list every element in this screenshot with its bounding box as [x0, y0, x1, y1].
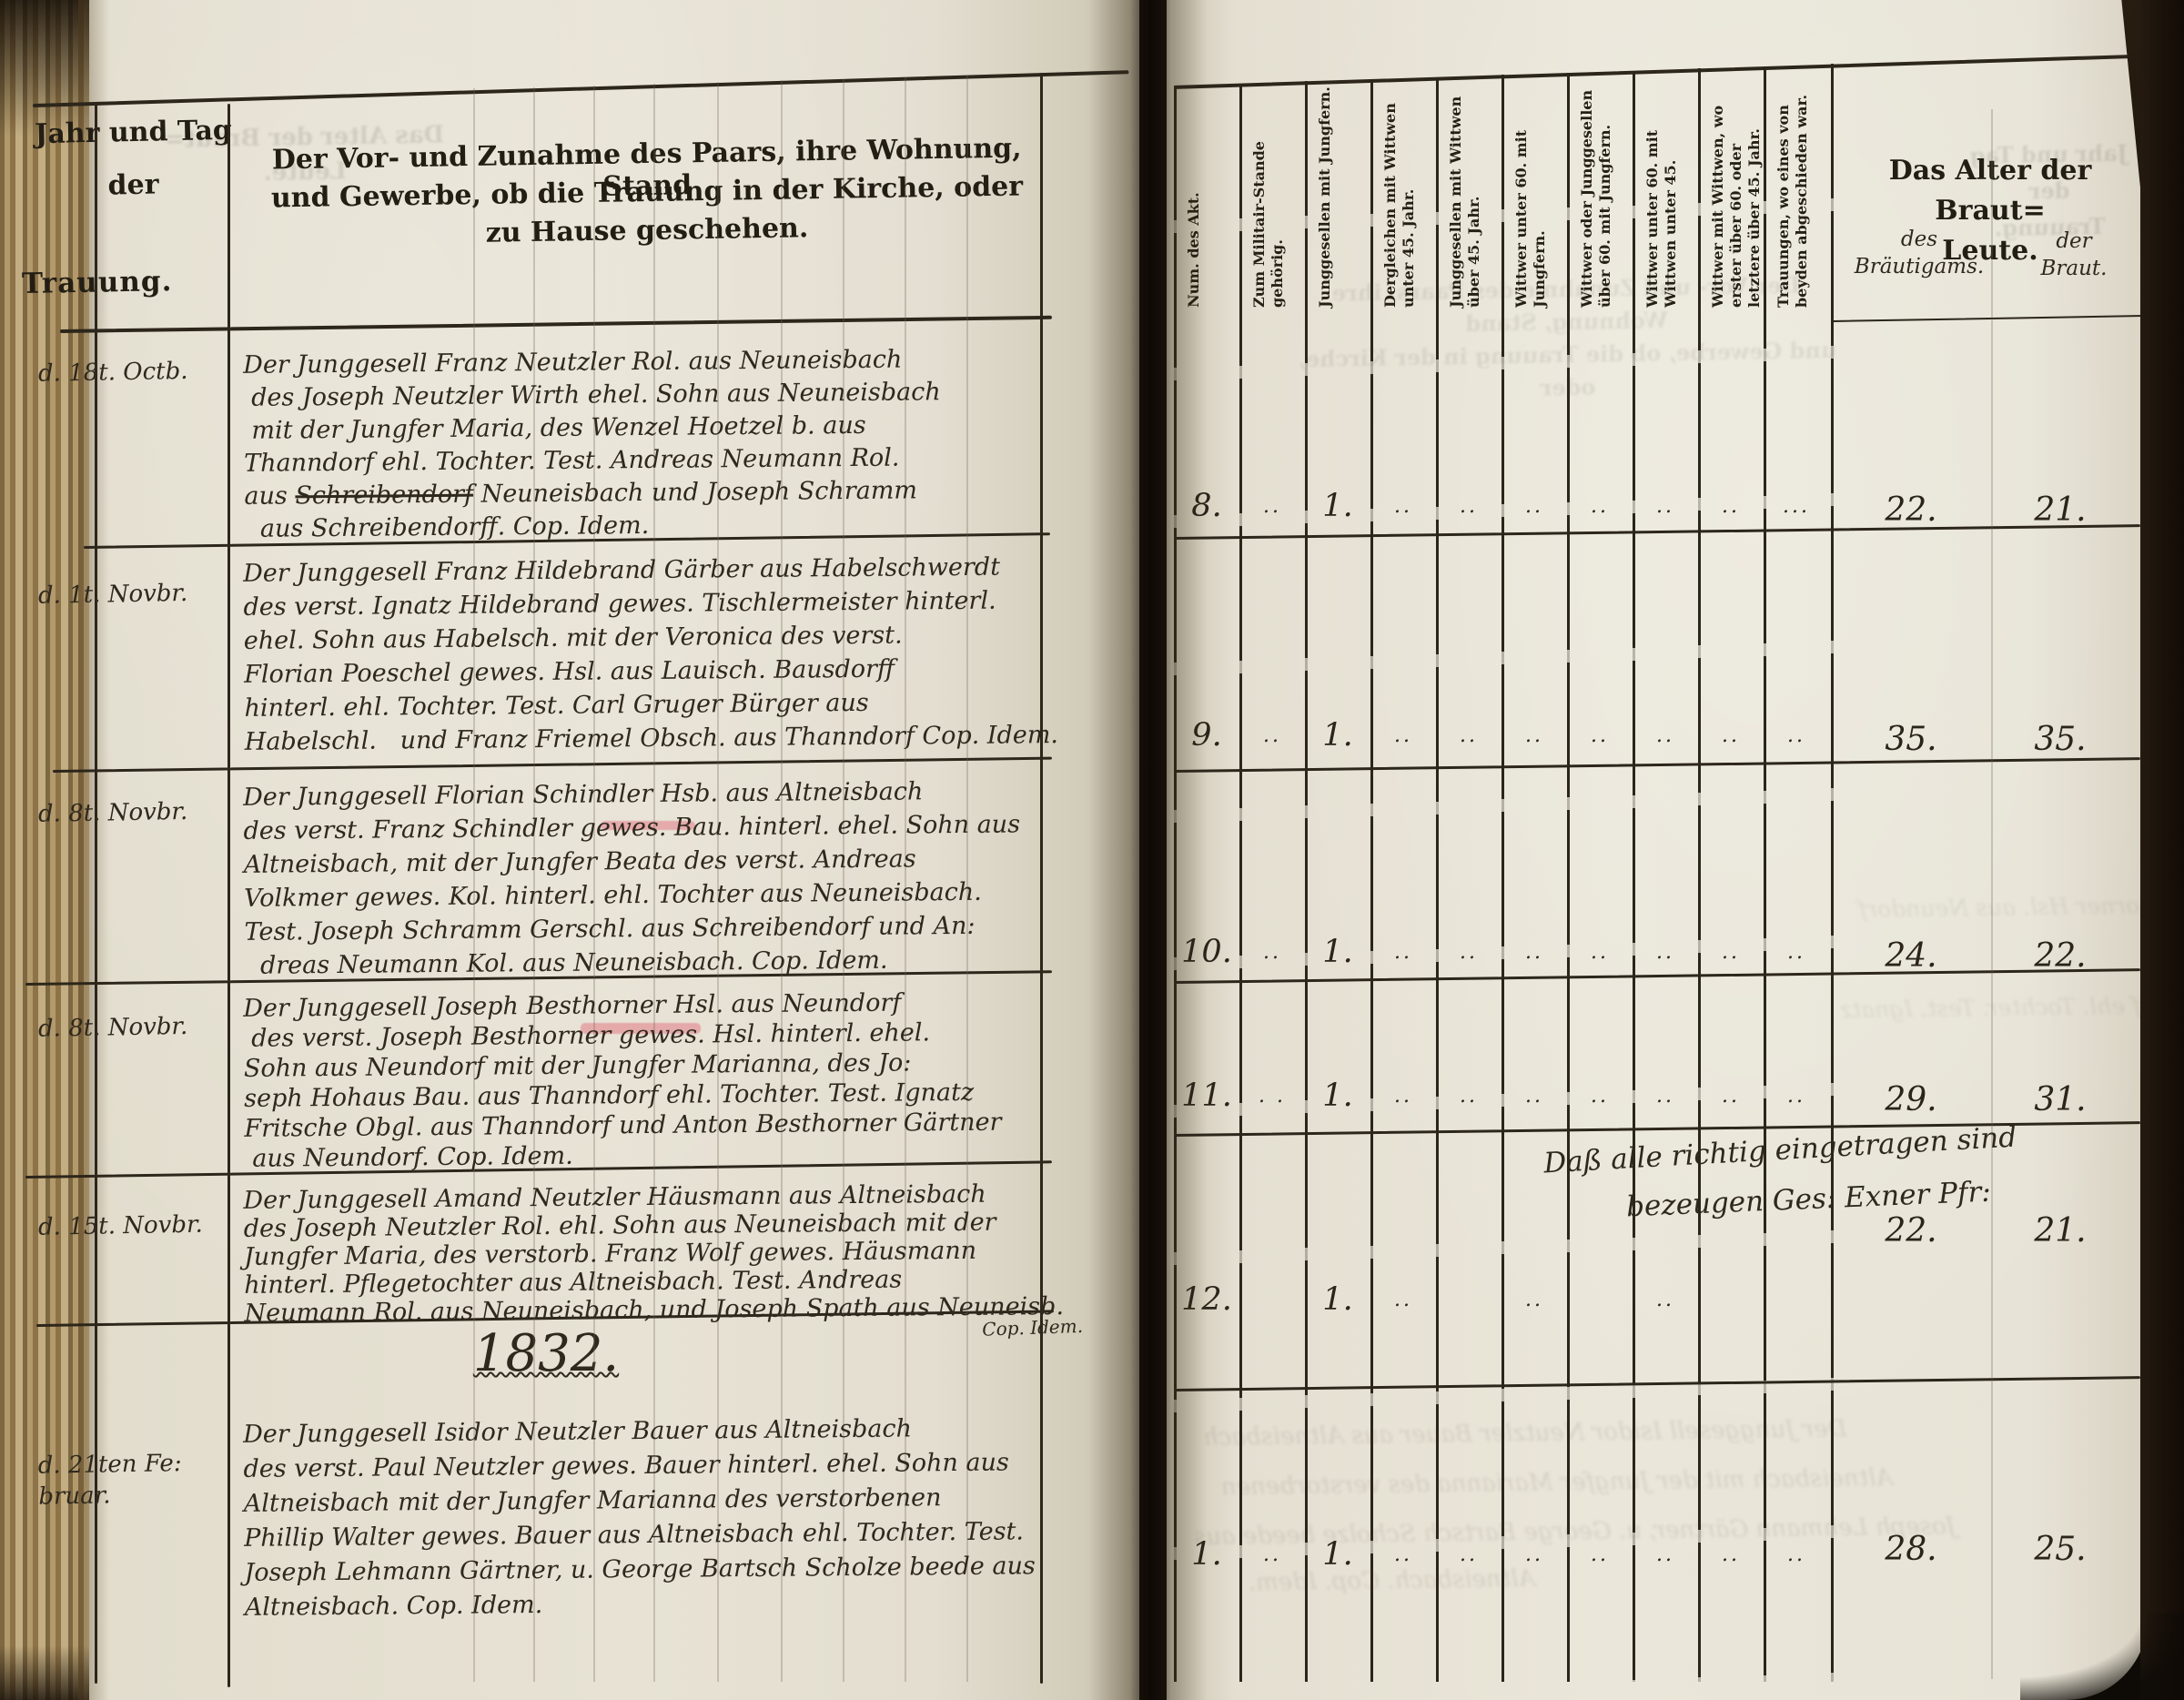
dot-mark: .. — [1241, 1543, 1303, 1566]
rule-line — [1174, 1376, 2140, 1391]
entry-text: Der Junggesell Joseph Besthorner Hsl. au… — [243, 987, 1050, 1174]
bride-age: 31. — [2006, 1081, 2115, 1118]
dot-mark: .. — [1634, 1085, 1696, 1108]
groom-age: 22. — [1856, 1212, 1966, 1250]
entry-text-line: des verst. Franz Schindler gewes. Bau. h… — [243, 807, 1048, 848]
dot-mark: .. — [1372, 1289, 1434, 1311]
dot-mark: .. — [1438, 1543, 1500, 1566]
entry-text-line: dreas Neumann Kol. aus Neuneisbach. Cop.… — [245, 942, 1050, 983]
dot-mark: .. — [1700, 724, 1762, 747]
entry-text: Der Junggesell Amand Neutzler Häusmann a… — [243, 1179, 1049, 1328]
rule-line — [33, 70, 1129, 107]
rule-line — [1698, 68, 1701, 1682]
dot-mark: .. — [1569, 495, 1631, 518]
bride-age: 25. — [2006, 1531, 2115, 1568]
dot-mark: .. — [1241, 495, 1303, 518]
entry-date: d. 15t. Novbr. — [38, 1209, 226, 1243]
entry-text-segment: Neuneisbach und Joseph Schramm — [473, 476, 917, 508]
dot-mark: .. — [1569, 724, 1631, 747]
corner-shadow — [2020, 1613, 2184, 1700]
column-header-7: Wittwer oder Junggesellen über 60. mit J… — [1578, 85, 1614, 308]
entry-text-line: Habelschl. und Franz Friemel Obsch. aus … — [245, 718, 1050, 759]
cop-idem-note: Cop. Idem. — [919, 1315, 1084, 1342]
dot-mark: ... — [1765, 495, 1827, 518]
dot-mark: .. — [1700, 495, 1762, 518]
dot-mark: .. — [1634, 1289, 1696, 1311]
left-page-table: d. 18t. Octb.Der Junggesell Franz Neutzl… — [0, 0, 1139, 1700]
bride-age: 22. — [2006, 937, 2115, 975]
dot-mark: .. — [1503, 1085, 1565, 1108]
right-page: Jahr und Tag der Trauung. Der Vor- und Z… — [1167, 0, 2148, 1700]
rule-line — [1567, 73, 1570, 1682]
dot-mark: .. — [1503, 724, 1565, 747]
rule-line — [1174, 757, 2140, 773]
bleed-line — [1991, 109, 1993, 1679]
stat-number: 1. — [1307, 488, 1369, 524]
rule-line — [1370, 79, 1373, 1682]
entry-text-line: Test. Joseph Schramm Gerschl. aus Schrei… — [244, 908, 1049, 949]
left-page: Das Alter der Braut= Leute. Jahr und Tag… — [0, 0, 1139, 1700]
bride-age: 21. — [2006, 491, 2115, 529]
stat-number: 1. — [1307, 1281, 1369, 1318]
dot-mark: .. — [1634, 724, 1696, 747]
column-header-8: Wittwer unter 60. mit Wittwen unter 45. — [1643, 85, 1680, 308]
groom-age: 28. — [1856, 1531, 1966, 1568]
dot-mark: .. — [1700, 1085, 1762, 1108]
dot-mark: .. — [1569, 941, 1631, 964]
rule-line — [1501, 75, 1504, 1682]
dot-mark: .. — [1503, 1543, 1565, 1566]
entry-text-line: des verst. Ignatz Hildebrand gewes. Tisc… — [243, 583, 1048, 624]
rule-line — [1764, 66, 1766, 1682]
column-header-4: Dergleichen mit Wittwen unter 45. Jahr. — [1381, 85, 1418, 308]
column-header-3: Junggesellen mit Jungfern. — [1316, 85, 1334, 308]
dot-mark: .. — [1569, 1085, 1631, 1108]
entry-text: Der Junggesell Florian Schindler Hsb. au… — [243, 774, 1050, 983]
book-spread: Das Alter der Braut= Leute. Jahr und Tag… — [0, 0, 2184, 1700]
rule-line — [1436, 77, 1439, 1682]
dot-mark: .. — [1241, 941, 1303, 964]
groom-age: 24. — [1856, 937, 1966, 975]
column-header-10: Trauungen, wo eines von beyden abgeschie… — [1774, 85, 1811, 308]
dot-mark: .. — [1438, 724, 1500, 747]
dot-mark: .. — [1503, 1289, 1565, 1311]
gutter-shadow — [1088, 0, 1207, 1700]
entry-text: Der Junggesell Franz Hildebrand Gärber a… — [243, 550, 1050, 759]
dot-mark: .. — [1765, 1085, 1827, 1108]
dot-mark: .. — [1700, 1543, 1762, 1566]
rule-line — [1174, 524, 2140, 540]
dot-mark: .. — [1765, 1543, 1827, 1566]
dot-mark: .. — [1241, 724, 1303, 747]
entry-date: d. 18t. Octb. — [38, 355, 226, 390]
dot-mark: .. — [1372, 1543, 1434, 1566]
book-cover-edge — [2140, 0, 2184, 1700]
rule-line — [1833, 315, 2144, 322]
rule-line — [95, 104, 97, 1684]
dot-mark: .. — [1503, 941, 1565, 964]
stat-number: 1. — [1307, 1078, 1369, 1114]
entry-date: d. 1t. Novbr. — [38, 577, 226, 612]
entry-text-segment: aus — [244, 481, 295, 510]
dot-mark: .. — [1569, 1543, 1631, 1566]
column-header-5: Junggesellen mit Wittwen über 45. Jahr. — [1447, 85, 1483, 308]
rule-line — [1305, 81, 1308, 1682]
rule-line — [1831, 64, 1834, 1682]
entry-text-line: des Joseph Neutzler Wirth ehel. Sohn aus… — [243, 375, 1048, 415]
rule-line — [1174, 968, 2140, 984]
dot-mark: .. — [1372, 495, 1434, 518]
dot-mark: .. — [1634, 1543, 1696, 1566]
entry-text-line: aus Schreibendorff. Cop. Idem. — [245, 506, 1050, 546]
rule-line — [1633, 71, 1635, 1682]
rule-line — [60, 316, 1052, 333]
entry-text-line: Altneisbach. Cop. Idem. — [245, 1584, 1050, 1625]
dot-mark: .. — [1700, 941, 1762, 964]
dot-mark: .. — [1634, 941, 1696, 964]
rule-line — [1239, 84, 1242, 1682]
dot-mark: .. — [1765, 941, 1827, 964]
dot-mark: .. — [1438, 495, 1500, 518]
column-header-6: Wittwer unter 60. mit Jungfern. — [1512, 85, 1549, 308]
entry-text-line: Joseph Lehmann Gärtner, u. George Bartsc… — [244, 1549, 1049, 1591]
dot-mark: .. — [1372, 1085, 1434, 1108]
dot-mark: .. — [1503, 495, 1565, 518]
rule-line — [53, 757, 1052, 773]
dot-mark: .. — [1634, 495, 1696, 518]
dot-mark: .. — [1438, 941, 1500, 964]
dot-mark: .. — [1765, 724, 1827, 747]
groom-age: 35. — [1856, 721, 1966, 758]
dot-mark: .. — [1372, 941, 1434, 964]
bride-age: 21. — [2006, 1212, 2115, 1250]
groom-age: 29. — [1856, 1081, 1966, 1118]
entry-date: d. 21ten Fe: bruar. — [37, 1447, 225, 1513]
entry-date: d. 8t. Novbr. — [38, 1010, 226, 1045]
stat-number: 1. — [1307, 717, 1369, 754]
rule-line — [227, 104, 230, 1687]
dot-mark: .. — [1372, 724, 1434, 747]
dot-mark: . . — [1241, 1085, 1303, 1108]
column-header-2: Zum Militair-Stande gehörig. — [1250, 85, 1287, 308]
entry-text: Der Junggesell Franz Neutzler Rol. aus N… — [243, 342, 1050, 546]
column-header-9: Wittwer mit Wittwen, wo erster über 60. … — [1709, 85, 1764, 308]
entry-date: d. 8t. Novbr. — [38, 795, 226, 830]
groom-age: 22. — [1856, 491, 1966, 529]
stat-number: 1. — [1307, 1536, 1369, 1573]
bride-age: 35. — [2006, 721, 2115, 758]
struck-word: Schreibendorf — [295, 481, 473, 511]
right-page-table: Num. des Akt.Zum Militair-Stande gehörig… — [1167, 0, 2148, 1700]
entry-text-line: aus Neundorf. Cop. Idem. — [245, 1137, 1050, 1174]
entry-text: Der Junggesell Isidor Neutzler Bauer aus… — [243, 1411, 1050, 1625]
stat-number: 1. — [1307, 934, 1369, 970]
dot-mark: .. — [1438, 1085, 1500, 1108]
rule-line — [1174, 1121, 2140, 1137]
